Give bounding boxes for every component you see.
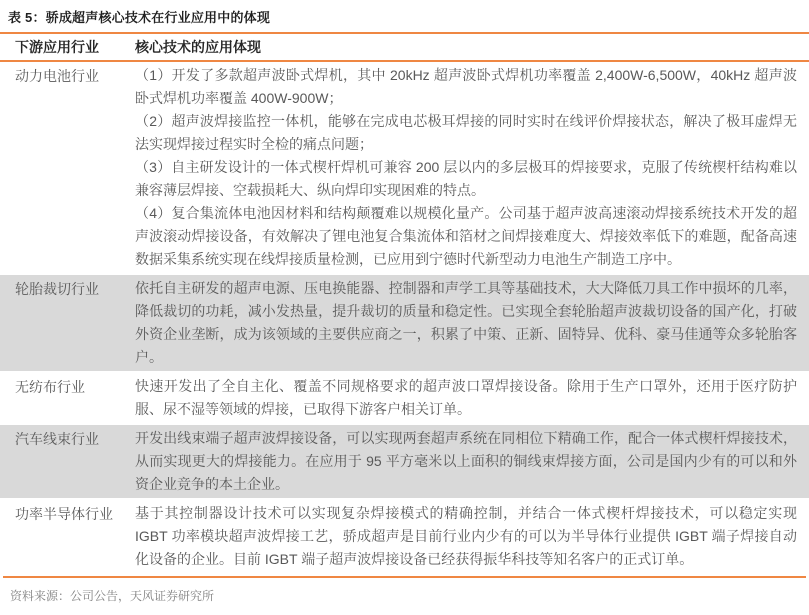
detail-paragraph: （4）复合集流体电池因材料和结构颠覆难以规模化量产。公司基于超声波高速滚动焊接系… [135, 202, 797, 271]
detail-paragraph: 快速开发出了全自主化、覆盖不同规格要求的超声波口罩焊接设备。除用于生产口罩外，还… [135, 375, 797, 421]
industry-cell: 功率半导体行业 [15, 502, 135, 571]
table-row: 轮胎裁切行业 依托自主研发的超声电源、压电换能器、控制器和声学工具等基础技术，大… [0, 275, 809, 373]
table-header-row: 下游应用行业 核心技术的应用体现 [0, 32, 809, 62]
application-cell: 依托自主研发的超声电源、压电换能器、控制器和声学工具等基础技术，大大降低刀具工作… [135, 277, 797, 369]
application-cell: 开发出线束端子超声波焊接设备，可以实现两套超声系统在同相位下精确工作，配合一体式… [135, 427, 797, 496]
industry-cell: 动力电池行业 [15, 64, 135, 271]
table-body: 动力电池行业 （1）开发了多款超声波卧式焊机，其中 20kHz 超声波卧式焊机功… [0, 62, 809, 575]
tech-application-table: 下游应用行业 核心技术的应用体现 动力电池行业 （1）开发了多款超声波卧式焊机，… [0, 32, 809, 575]
report-table-page: 表 5：骄成超声核心技术在行业应用中的体现 下游应用行业 核心技术的应用体现 动… [0, 0, 809, 615]
industry-cell: 轮胎裁切行业 [15, 277, 135, 369]
table-row: 功率半导体行业 基于其控制器设计技术可以实现复杂焊接模式的精确控制，并结合一体式… [0, 500, 809, 575]
column-header-application: 核心技术的应用体现 [135, 38, 797, 56]
column-header-industry: 下游应用行业 [15, 38, 135, 56]
application-cell: （1）开发了多款超声波卧式焊机，其中 20kHz 超声波卧式焊机功率覆盖 2,4… [135, 64, 797, 271]
table-row: 动力电池行业 （1）开发了多款超声波卧式焊机，其中 20kHz 超声波卧式焊机功… [0, 62, 809, 275]
detail-paragraph: 开发出线束端子超声波焊接设备，可以实现两套超声系统在同相位下精确工作，配合一体式… [135, 427, 797, 496]
detail-paragraph: 依托自主研发的超声电源、压电换能器、控制器和声学工具等基础技术，大大降低刀具工作… [135, 277, 797, 369]
application-cell: 基于其控制器设计技术可以实现复杂焊接模式的精确控制，并结合一体式楔杆焊接技术，可… [135, 502, 797, 571]
application-cell: 快速开发出了全自主化、覆盖不同规格要求的超声波口罩焊接设备。除用于生产口罩外，还… [135, 375, 797, 421]
detail-paragraph: （2）超声波焊接监控一体机，能够在完成电芯极耳焊接的同时实时在线评价焊接状态，解… [135, 110, 797, 156]
detail-paragraph: 基于其控制器设计技术可以实现复杂焊接模式的精确控制，并结合一体式楔杆焊接技术，可… [135, 502, 797, 571]
detail-paragraph: （1）开发了多款超声波卧式焊机，其中 20kHz 超声波卧式焊机功率覆盖 2,4… [135, 64, 797, 110]
source-note: 资料来源：公司公告，天风证券研究所 [0, 578, 809, 604]
industry-cell: 无纺布行业 [15, 375, 135, 421]
table-row: 汽车线束行业 开发出线束端子超声波焊接设备，可以实现两套超声系统在同相位下精确工… [0, 425, 809, 500]
detail-paragraph: （3）自主研发设计的一体式楔杆焊机可兼容 200 层以内的多层极耳的焊接要求，克… [135, 156, 797, 202]
table-row: 无纺布行业 快速开发出了全自主化、覆盖不同规格要求的超声波口罩焊接设备。除用于生… [0, 373, 809, 425]
industry-cell: 汽车线束行业 [15, 427, 135, 496]
table-title: 表 5：骄成超声核心技术在行业应用中的体现 [0, 0, 809, 32]
